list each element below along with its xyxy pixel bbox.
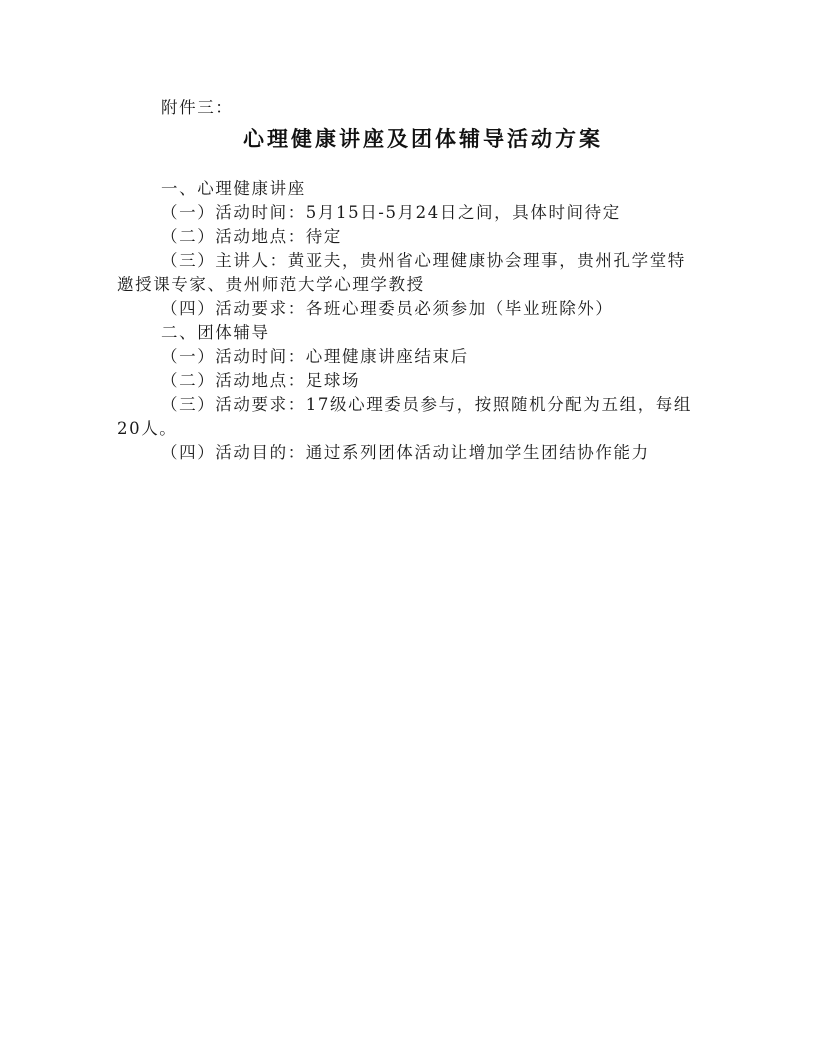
attachment-label: 附件三： xyxy=(117,96,741,120)
section-heading-group: 二、团体辅导 xyxy=(117,321,741,345)
section-heading-lecture: 一、心理健康讲座 xyxy=(117,177,741,201)
group-requirement-continued: 20人。 xyxy=(117,417,697,441)
lecture-speaker: （三）主讲人：黄亚夫，贵州省心理健康协会理事，贵州孔学堂特 xyxy=(117,249,741,273)
lecture-requirement: （四）活动要求：各班心理委员必须参加（毕业班除外） xyxy=(117,297,741,321)
group-location: （二）活动地点：足球场 xyxy=(117,369,741,393)
lecture-time: （一）活动时间：5月15日-5月24日之间，具体时间待定 xyxy=(117,201,741,225)
lecture-speaker-continued: 邀授课专家、贵州师范大学心理学教授 xyxy=(117,273,697,297)
document-page: 附件三： 心理健康讲座及团体辅导活动方案 一、心理健康讲座 （一）活动时间：5月… xyxy=(0,0,816,1056)
page-title: 心理健康讲座及团体辅导活动方案 xyxy=(0,123,816,153)
lecture-location: （二）活动地点：待定 xyxy=(117,225,741,249)
group-purpose: （四）活动目的：通过系列团体活动让增加学生团结协作能力 xyxy=(117,441,741,465)
group-time: （一）活动时间：心理健康讲座结束后 xyxy=(117,345,741,369)
group-requirement: （三）活动要求：17级心理委员参与，按照随机分配为五组，每组 xyxy=(117,393,741,417)
